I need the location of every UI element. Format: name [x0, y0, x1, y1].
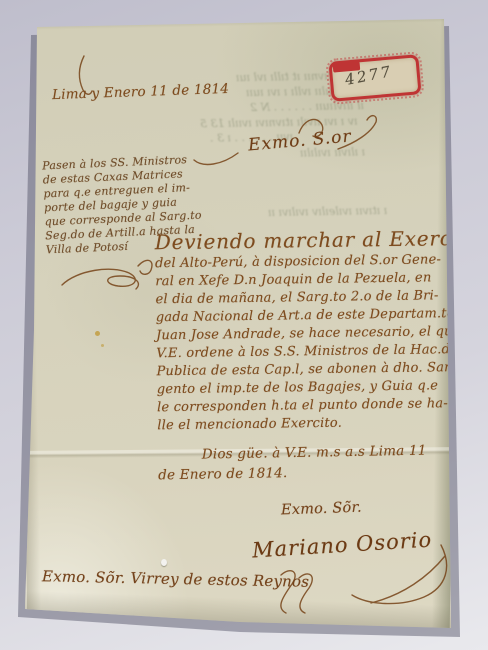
salutation-swash — [194, 116, 376, 165]
addressee-flourish — [281, 571, 312, 613]
manuscript-page: ıuı ıuıt tıvnıı ıt tıllı ıvl ıuı tıvı ıv… — [0, 0, 488, 650]
ink-flourishes — [0, 0, 488, 650]
date-flourish — [79, 56, 92, 94]
signature-rubric — [352, 545, 447, 604]
photo-backdrop: ıuı ıuıt tıvnıı ıt tıllı ıvl ıuı tıvı ıv… — [0, 0, 488, 650]
margin-rubric — [62, 260, 152, 289]
